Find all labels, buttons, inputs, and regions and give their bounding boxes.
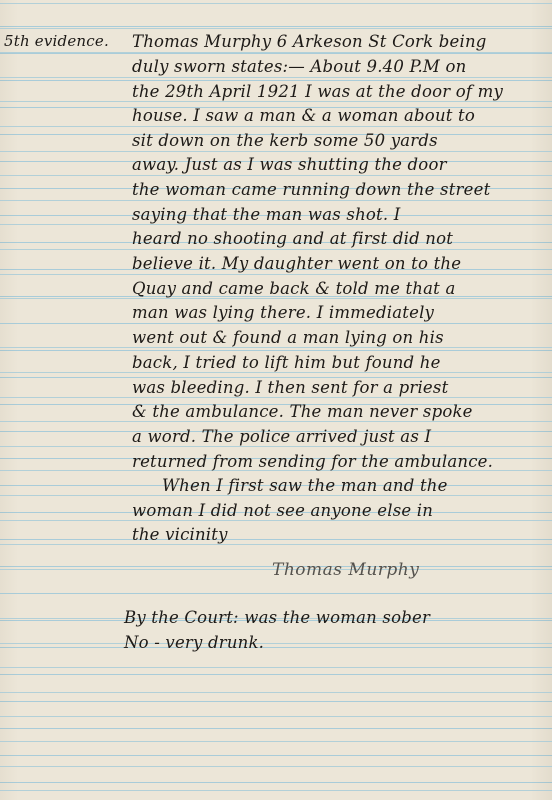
rule-line xyxy=(0,790,552,791)
rule-line xyxy=(0,446,552,447)
rule-line xyxy=(0,323,552,324)
statement-line: sit down on the kerb some 50 yards xyxy=(132,133,438,150)
rule-line xyxy=(0,716,552,717)
margin-label: 5th evidence. xyxy=(4,34,109,49)
rule-line xyxy=(0,667,552,668)
statement-line: house. I saw a man & a woman about to xyxy=(132,108,475,125)
rule-line xyxy=(0,692,552,693)
witness-signature: Thomas Murphy xyxy=(272,562,419,579)
court-answer: No - very drunk. xyxy=(124,635,264,652)
rule-line xyxy=(0,421,552,422)
statement-line: believe it. My daughter went on to the xyxy=(132,256,461,273)
statement-line: a word. The police arrived just as I xyxy=(132,429,431,446)
ledger-page: 5th evidence. Thomas Murphy 6 Arkeson St… xyxy=(0,0,552,800)
statement-line: Quay and came back & told me that a xyxy=(132,281,456,298)
rule-line xyxy=(0,151,552,152)
rule-line xyxy=(0,249,552,250)
statement-line: duly sworn states:— About 9.40 P.M on xyxy=(132,59,466,76)
rule-line xyxy=(0,28,552,29)
statement-line: heard no shooting and at first did not xyxy=(132,231,453,248)
statement-line: back, I tried to lift him but found he xyxy=(132,355,441,372)
statement-line: the woman came running down the street xyxy=(132,182,490,199)
rule-line xyxy=(0,101,552,102)
rule-line xyxy=(0,274,552,275)
rule-line xyxy=(0,52,552,53)
rule-line xyxy=(0,643,552,644)
statement-line: & the ambulance. The man never spoke xyxy=(132,404,473,421)
rule-line xyxy=(0,495,552,496)
statement-line: woman I did not see anyone else in xyxy=(132,503,433,520)
statement-line: away. Just as I was shutting the door xyxy=(132,157,447,174)
rule-line xyxy=(0,397,552,398)
statement-line: was bleeding. I then sent for a priest xyxy=(132,380,448,397)
rule-line xyxy=(0,741,552,742)
statement-line: Thomas Murphy 6 Arkeson St Cork being xyxy=(132,34,487,51)
rule-line xyxy=(0,77,552,78)
rule-line xyxy=(0,224,552,225)
statement-line: the vicinity xyxy=(132,527,228,544)
statement-line: saying that the man was shot. I xyxy=(132,207,400,224)
rule-line xyxy=(0,347,552,348)
rule-line xyxy=(0,175,552,176)
rule-line xyxy=(0,766,552,767)
statement-line: returned from sending for the ambulance. xyxy=(132,454,493,471)
statement-line: went out & found a man lying on his xyxy=(132,330,444,347)
rule-line xyxy=(0,126,552,127)
rule-line xyxy=(0,298,552,299)
rule-line xyxy=(0,544,552,545)
statement-line: the 29th April 1921 I was at the door of… xyxy=(132,84,503,101)
rule-line xyxy=(0,520,552,521)
rule-line xyxy=(0,200,552,201)
court-question: By the Court: was the woman sober xyxy=(124,610,430,627)
rule-line xyxy=(0,3,552,4)
rule-line xyxy=(0,372,552,373)
statement-line: When I first saw the man and the xyxy=(162,478,448,495)
statement-line: man was lying there. I immediately xyxy=(132,305,434,322)
rule-line xyxy=(0,593,552,594)
